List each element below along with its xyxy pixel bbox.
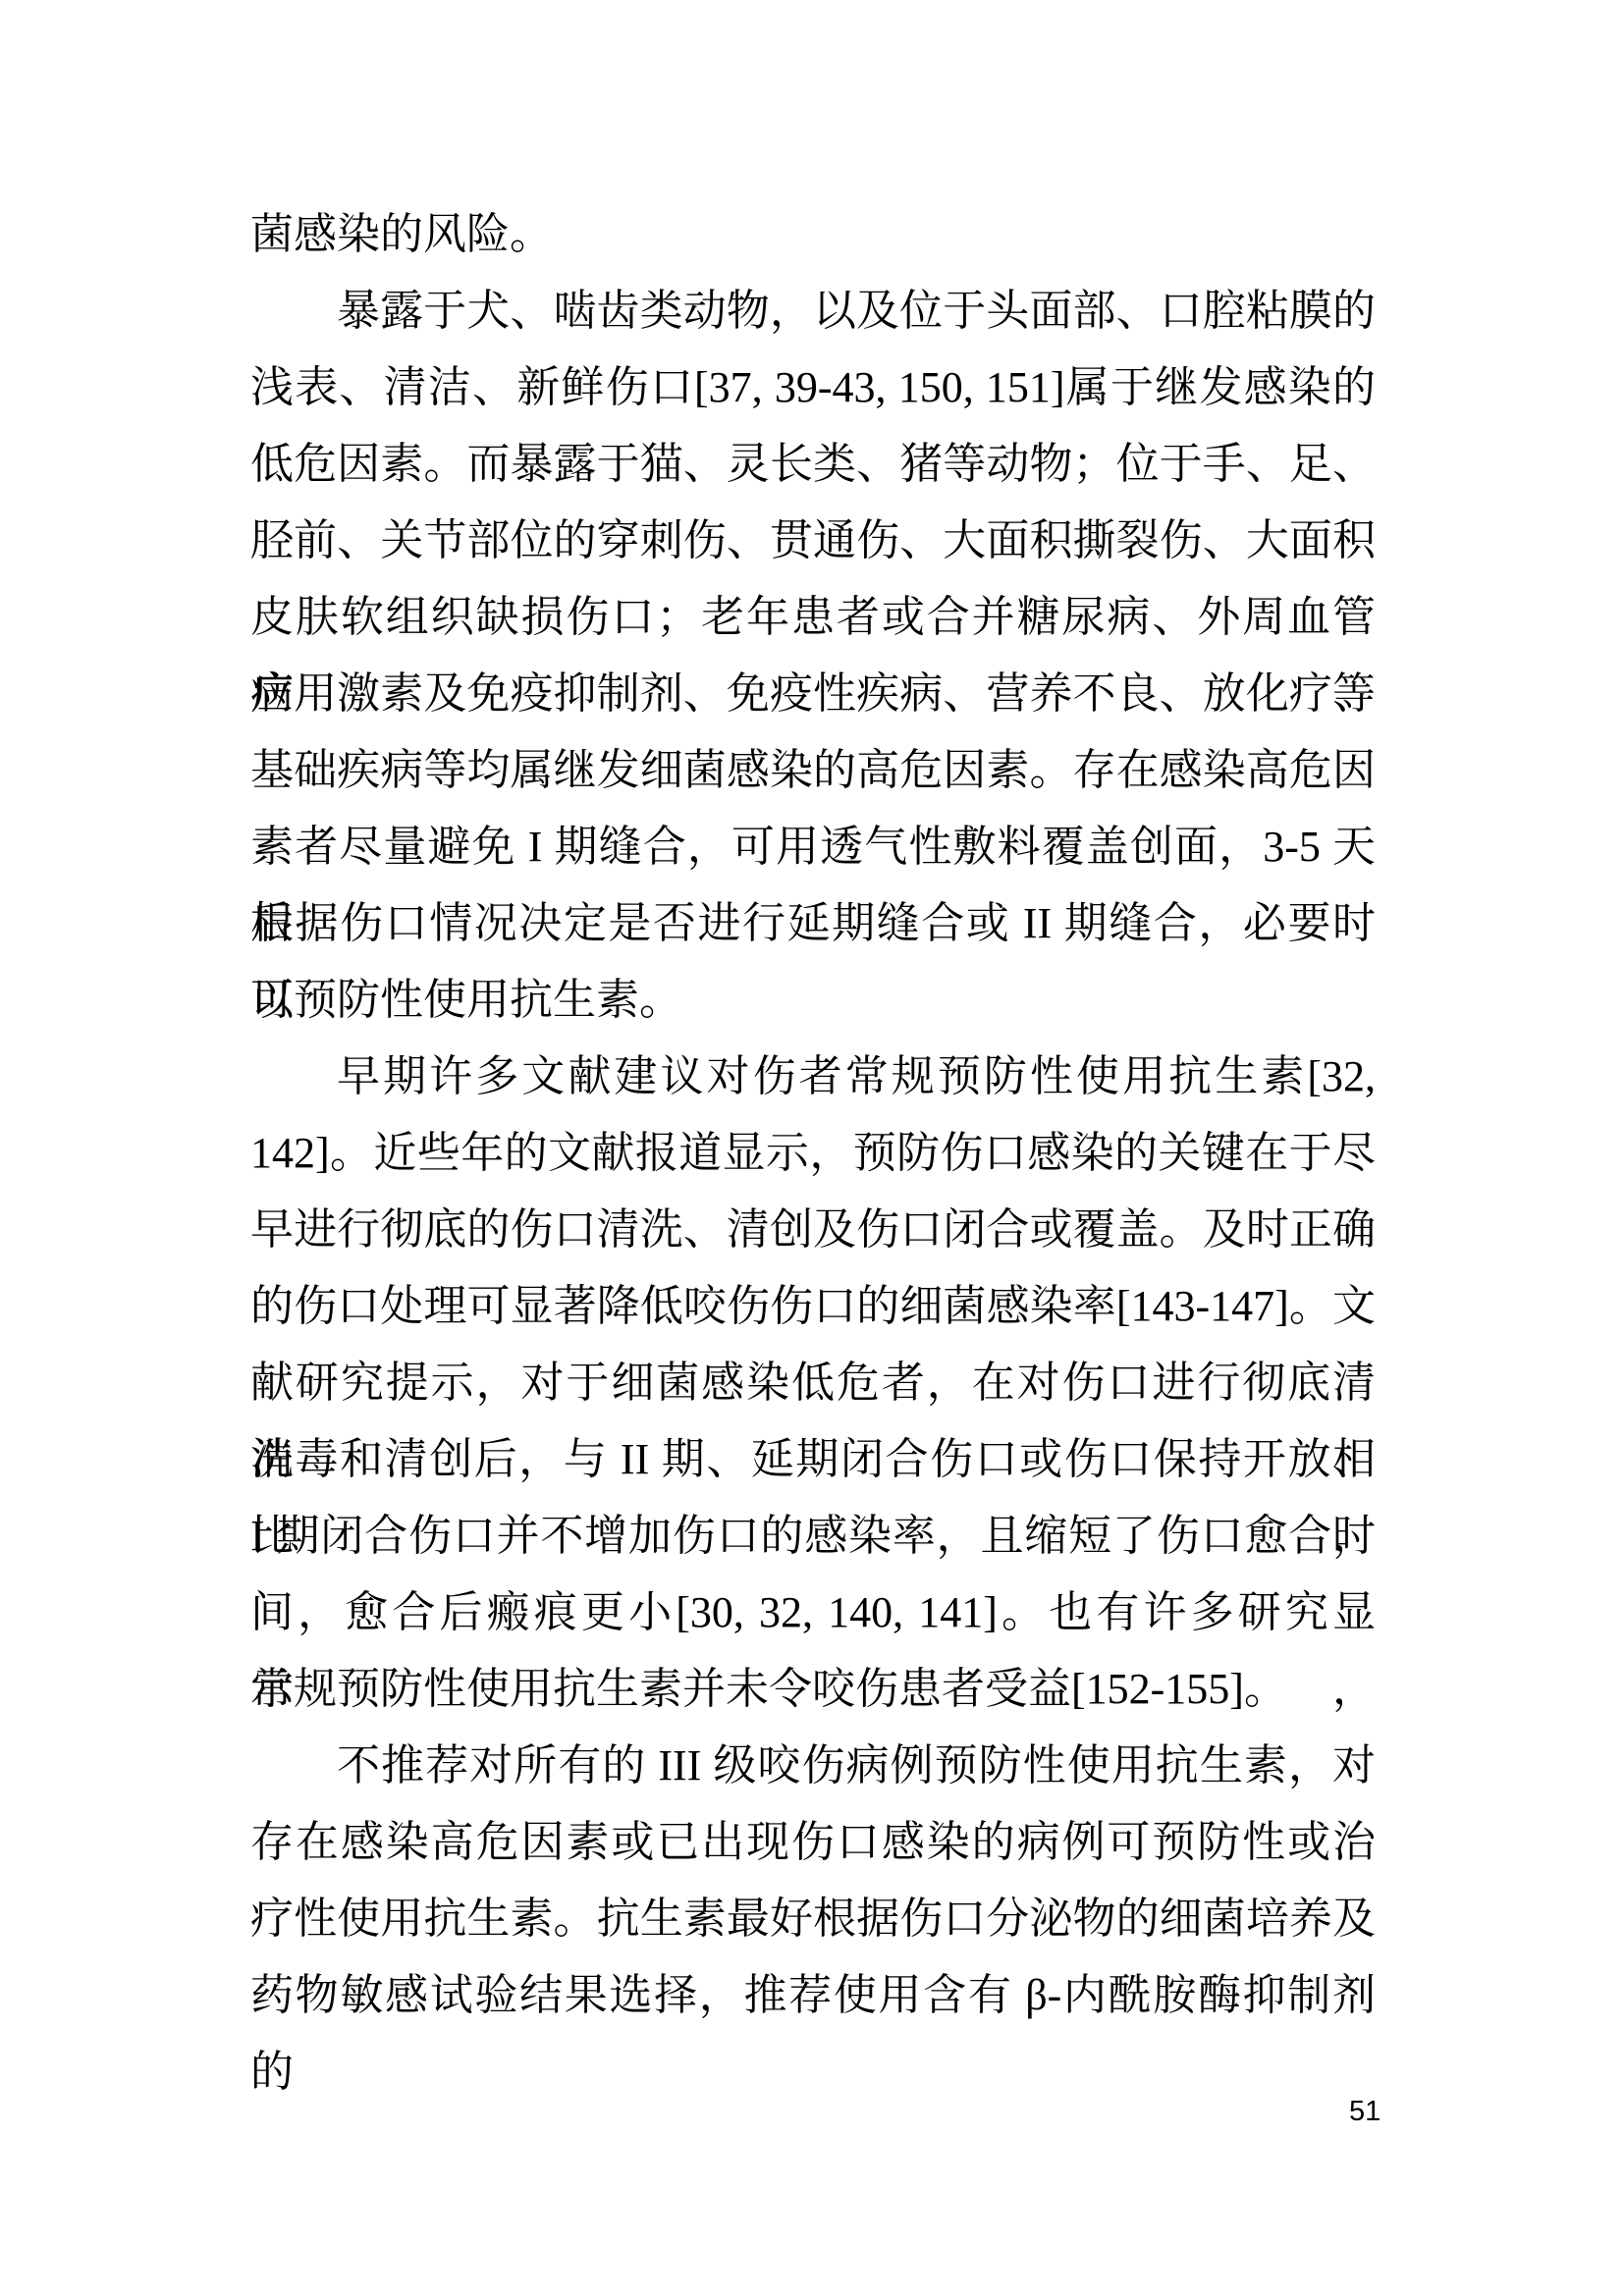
text-line: 献研究提示，对于细菌感染低危者，在对伤口进行彻底清洗、 xyxy=(250,1345,1376,1421)
text-line: 早期许多文献建议对伤者常规预防性使用抗生素[32, xyxy=(250,1039,1376,1115)
document-page: 菌感染的风险。 暴露于犬、啮齿类动物，以及位于头面部、口腔粘膜的 浅表、清洁、新… xyxy=(0,0,1624,2296)
text-line: 间，愈合后瘢痕更小[30, 32, 140, 141]。也有许多研究显示， xyxy=(250,1575,1376,1651)
text-line: 存在感染高危因素或已出现伤口感染的病例可预防性或治 xyxy=(250,1804,1376,1881)
text-line: 药物敏感试验结果选择，推荐使用含有 β-内酰胺酶抑制剂的 xyxy=(250,1957,1376,2034)
text-line: 素者尽量避免 I 期缝合，可用透气性敷料覆盖创面，3-5 天后 xyxy=(250,809,1376,885)
text-line: 142]。近些年的文献报道显示，预防伤口感染的关键在于尽 xyxy=(250,1115,1376,1192)
text-line: 疗性使用抗生素。抗生素最好根据伤口分泌物的细菌培养及 xyxy=(250,1881,1376,1957)
page-number: 51 xyxy=(1349,2092,1380,2131)
text-line: 早进行彻底的伤口清洗、清创及伤口闭合或覆盖。及时正确 xyxy=(250,1192,1376,1268)
text-line: 暴露于犬、啮齿类动物，以及位于头面部、口腔粘膜的 xyxy=(250,273,1376,349)
text-line: I 期闭合伤口并不增加伤口的感染率，且缩短了伤口愈合时 xyxy=(250,1498,1376,1575)
text-line: 根据伤口情况决定是否进行延期缝合或 II 期缝合，必要时可 xyxy=(250,885,1376,962)
text-line: 以预防性使用抗生素。 xyxy=(250,962,1376,1039)
text-line: 菌感染的风险。 xyxy=(250,196,1376,273)
text-line: 应用激素及免疫抑制剂、免疫性疾病、营养不良、放化疗等 xyxy=(250,656,1376,732)
text-line: 皮肤软组织缺损伤口；老年患者或合并糖尿病、外周血管病、 xyxy=(250,579,1376,656)
text-line: 消毒和清创后，与 II 期、延期闭合伤口或伤口保持开放相比， xyxy=(250,1421,1376,1498)
text-line: 常规预防性使用抗生素并未令咬伤患者受益[152-155]。 xyxy=(250,1651,1376,1728)
text-line: 低危因素。而暴露于猫、灵长类、猪等动物；位于手、足、 xyxy=(250,426,1376,503)
text-line: 胫前、关节部位的穿刺伤、贯通伤、大面积撕裂伤、大面积 xyxy=(250,503,1376,579)
body-text: 菌感染的风险。 暴露于犬、啮齿类动物，以及位于头面部、口腔粘膜的 浅表、清洁、新… xyxy=(250,196,1376,2034)
text-line: 的伤口处理可显著降低咬伤伤口的细菌感染率[143-147]。文 xyxy=(250,1268,1376,1345)
text-line: 基础疾病等均属继发细菌感染的高危因素。存在感染高危因 xyxy=(250,732,1376,809)
text-line: 不推荐对所有的 III 级咬伤病例预防性使用抗生素，对 xyxy=(250,1728,1376,1804)
text-line: 浅表、清洁、新鲜伤口[37, 39-43, 150, 151]属于继发感染的 xyxy=(250,349,1376,426)
